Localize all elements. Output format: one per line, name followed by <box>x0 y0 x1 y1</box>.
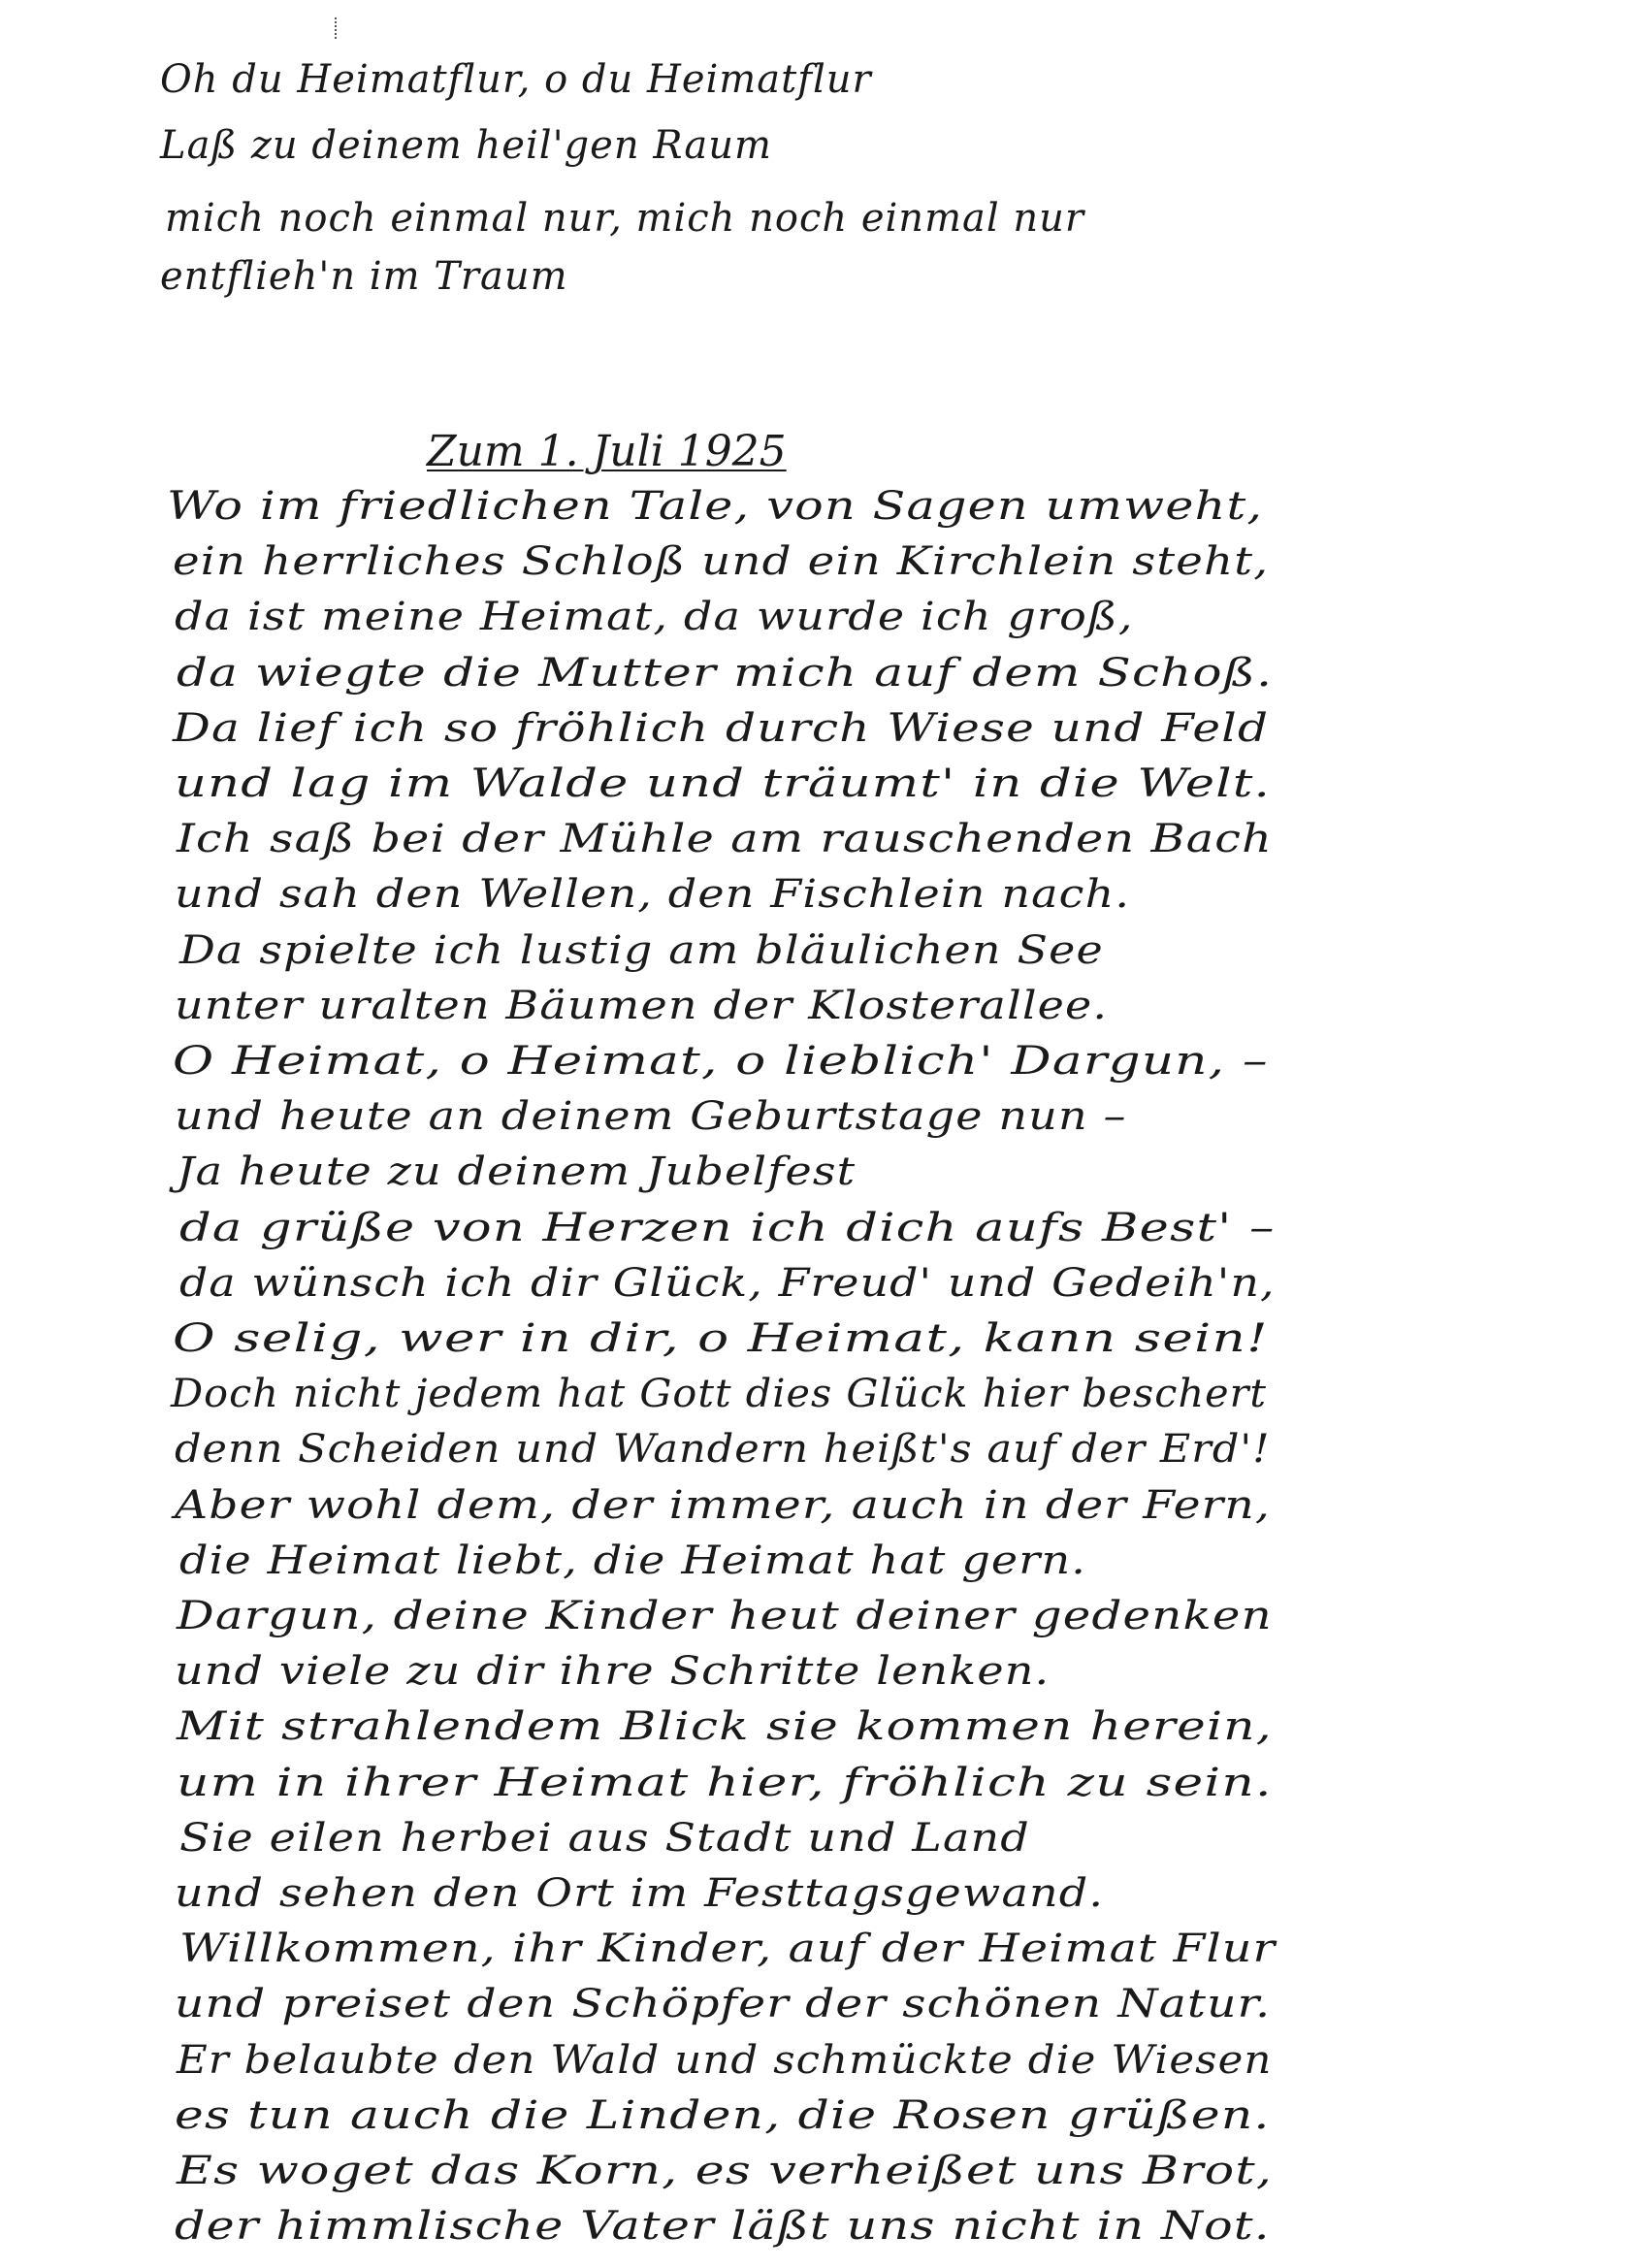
poem-line: Doch nicht jedem hat Gott dies Glück hie… <box>171 1375 1267 1413</box>
scan-artifact <box>335 17 339 39</box>
poem-line: da ist meine Heimat, da wurde ich groß, <box>175 598 1134 636</box>
poem-line: Ich saß bei der Mühle am rauschenden Bac… <box>177 820 1273 859</box>
poem-line: Mit strahlendem Blick sie kommen herein, <box>177 1707 1273 1746</box>
poem-line: da wünsch ich dir Glück, Freud' und Gede… <box>179 1264 1276 1303</box>
poem-line: Dargun, deine Kinder heut deiner gedenke… <box>177 1597 1273 1636</box>
poem-line: es tun auch die Linden, die Rosen grüßen… <box>175 2096 1271 2135</box>
poem-line: da wiegte die Mutter mich auf dem Schoß. <box>177 654 1273 693</box>
poem-line: Ja heute zu deinem Jubelfest <box>177 1152 856 1191</box>
poem-line: und lag im Walde und träumt' in die Welt… <box>175 764 1271 803</box>
poem-line: und sah den Wellen, den Fischlein nach. <box>175 875 1130 914</box>
poem-line: Da spielte ich lustig am bläulichen See <box>179 931 1104 970</box>
poem-line: Sie eilen herbei aus Stadt und Land <box>179 1819 1030 1858</box>
poem-title: Zum 1. Juli 1925 <box>427 427 787 476</box>
poem-line: Er belaubte den Wald und schmückte die W… <box>177 2041 1272 2080</box>
poem-line: ein herrliches Schloß und ein Kirchlein … <box>173 542 1269 581</box>
poem-line: unter uralten Bäumen der Klosterallee. <box>175 987 1108 1025</box>
poem-line: da grüße von Herzen ich dich aufs Best' … <box>179 1209 1276 1247</box>
poem-line: O selig, wer in dir, o Heimat, kann sein… <box>173 1319 1269 1358</box>
poem-line: der himmlische Vater läßt uns nicht in N… <box>175 2207 1271 2246</box>
intro-line: entflieh'n im Traum <box>160 257 568 296</box>
poem-line: und viele zu dir ihre Schritte lenken. <box>175 1652 1050 1691</box>
poem-line: um in ihrer Heimat hier, fröhlich zu sei… <box>177 1764 1273 1802</box>
poem-line: Da lief ich so fröhlich durch Wiese und … <box>173 709 1269 748</box>
poem-line: Es woget das Korn, es verheißet uns Brot… <box>177 2152 1273 2190</box>
poem-line: Willkommen, ihr Kinder, auf der Heimat F… <box>179 1929 1276 1968</box>
poem-line: Aber wohl dem, der immer, auch in der Fe… <box>175 1486 1271 1525</box>
poem-line: und heute an deinem Geburtstage nun – <box>175 1097 1127 1136</box>
poem-line: die Heimat liebt, die Heimat hat gern. <box>179 1541 1086 1580</box>
poem-line: und preiset den Schöpfer der schönen Nat… <box>175 1985 1271 2024</box>
intro-line: Oh du Heimatflur, o du Heimatflur <box>160 60 872 99</box>
intro-line: mich noch einmal nur, mich noch einmal n… <box>165 199 1084 238</box>
poem-line: Wo im friedlichen Tale, von Sagen umweht… <box>167 487 1263 526</box>
poem-line: und sehen den Ort im Festtagsgewand. <box>175 1874 1104 1913</box>
poem-line: O Heimat, o Heimat, o lieblich' Dargun, … <box>173 1042 1269 1081</box>
intro-line: Laß zu deinem heil'gen Raum <box>160 126 772 165</box>
poem-line: denn Scheiden und Wandern heißt's auf de… <box>175 1430 1271 1469</box>
